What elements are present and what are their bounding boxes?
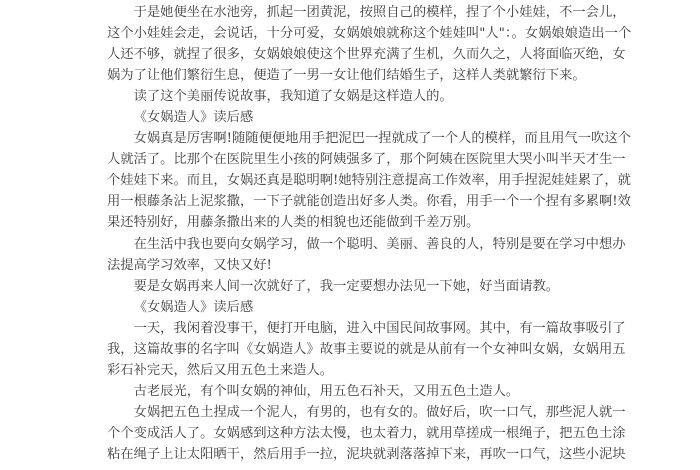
text-line: 用一根藤条沾上泥浆撒，一下子就能创造出好多人类。你看，用手一个一个捏有多累啊!效 bbox=[107, 191, 593, 212]
text-line: 法提高学习效率，又快又好! bbox=[107, 255, 593, 276]
text-line: 娲为了让他们繁衍生息，便造了一男一女让他们结婚生子，这样人类就繁衍下来。 bbox=[107, 65, 593, 86]
paragraph: 女娲真是厉害啊!随随便便地用手把泥巴一捏就成了一个人的模样，而且用气一吹这个 人… bbox=[107, 128, 593, 233]
text-line: 要是女娲再来人间一次就好了，我一定要想办法见一下她，好当面请教。 bbox=[107, 276, 593, 297]
text-line: 女娲真是厉害啊!随随便便地用手把泥巴一捏就成了一个人的模样，而且用气一吹这个 bbox=[107, 128, 593, 149]
text-line: 古老辰光，有个叫女娲的神仙，用五色石补天，又用五色土造人。 bbox=[107, 381, 593, 402]
text-line: 读了这个美丽传说故事，我知道了女娲是这样造人的。 bbox=[107, 86, 593, 107]
section-title-text: 《女娲造人》读后感 bbox=[107, 297, 593, 318]
document-page: 于是她便坐在水池旁，抓起一团黄泥，按照自己的模样，捏了个小娃娃，不一会儿， 这个… bbox=[107, 2, 593, 465]
text-line: 这个小娃娃会走，会说话，十分可爱，女娲娘娘就称这个娃娃叫"人"：。女娲娘娘造出一… bbox=[107, 23, 593, 44]
text-line: 一天，我闲着没事干，便打开电脑，进入中国民间故事网。其中，有一篇故事吸引了 bbox=[107, 318, 593, 339]
section-title: 《女娲造人》读后感 bbox=[107, 297, 593, 318]
text-line: 果还特别好，用藤条撒出来的人类的相貌也还能做到千差万别。 bbox=[107, 212, 593, 233]
text-line: 个娃娃下来。而且，女娲还真是聪明啊!她特别注意提高工作效率，用手捏泥娃娃累了，就 bbox=[107, 170, 593, 191]
text-line: 彩石补完天，然后又用五色土来造人。 bbox=[107, 360, 593, 381]
text-line: 粘在绳子上让太阳晒干，然后用手一拉，泥块就剥落落掉下来，再吹一口气，这些小泥块 bbox=[107, 444, 593, 465]
paragraph: 女娲把五色土捏成一个泥人，有男的，也有女的。做好后，吹一口气，那些泥人就一 个个… bbox=[107, 402, 593, 465]
text-line: 个个变成活人了。女娲感到这种方法太慢，也太着力，就用草搓成一根绳子，把五色土涂 bbox=[107, 423, 593, 444]
text-line: 人还不够，就捏了很多，女娲娘娘使这个世界充满了生机，久而久之，人将面临灭绝，女 bbox=[107, 44, 593, 65]
paragraph: 读了这个美丽传说故事，我知道了女娲是这样造人的。 bbox=[107, 86, 593, 107]
text-line: 我，这篇故事的名字叫《女娲造人》故事主要说的就是从前有一个女神叫女娲，女娲用五 bbox=[107, 339, 593, 360]
paragraph: 于是她便坐在水池旁，抓起一团黄泥，按照自己的模样，捏了个小娃娃，不一会儿， 这个… bbox=[107, 2, 593, 86]
paragraph: 在生活中我也要向女娲学习，做一个聪明、美丽、善良的人，特别是要在学习中想办 法提… bbox=[107, 234, 593, 276]
paragraph: 古老辰光，有个叫女娲的神仙，用五色石补天，又用五色土造人。 bbox=[107, 381, 593, 402]
text-line: 在生活中我也要向女娲学习，做一个聪明、美丽、善良的人，特别是要在学习中想办 bbox=[107, 234, 593, 255]
paragraph: 一天，我闲着没事干，便打开电脑，进入中国民间故事网。其中，有一篇故事吸引了 我，… bbox=[107, 318, 593, 381]
section-title: 《女娲造人》读后感 bbox=[107, 107, 593, 128]
paragraph: 要是女娲再来人间一次就好了，我一定要想办法见一下她，好当面请教。 bbox=[107, 276, 593, 297]
text-line: 人就活了。比那个在医院里生小孩的阿姨强多了，那个阿姨在医院里大哭小叫半天才生一 bbox=[107, 149, 593, 170]
text-line: 于是她便坐在水池旁，抓起一团黄泥，按照自己的模样，捏了个小娃娃，不一会儿， bbox=[107, 2, 593, 23]
section-title-text: 《女娲造人》读后感 bbox=[107, 107, 593, 128]
text-line: 女娲把五色土捏成一个泥人，有男的，也有女的。做好后，吹一口气，那些泥人就一 bbox=[107, 402, 593, 423]
